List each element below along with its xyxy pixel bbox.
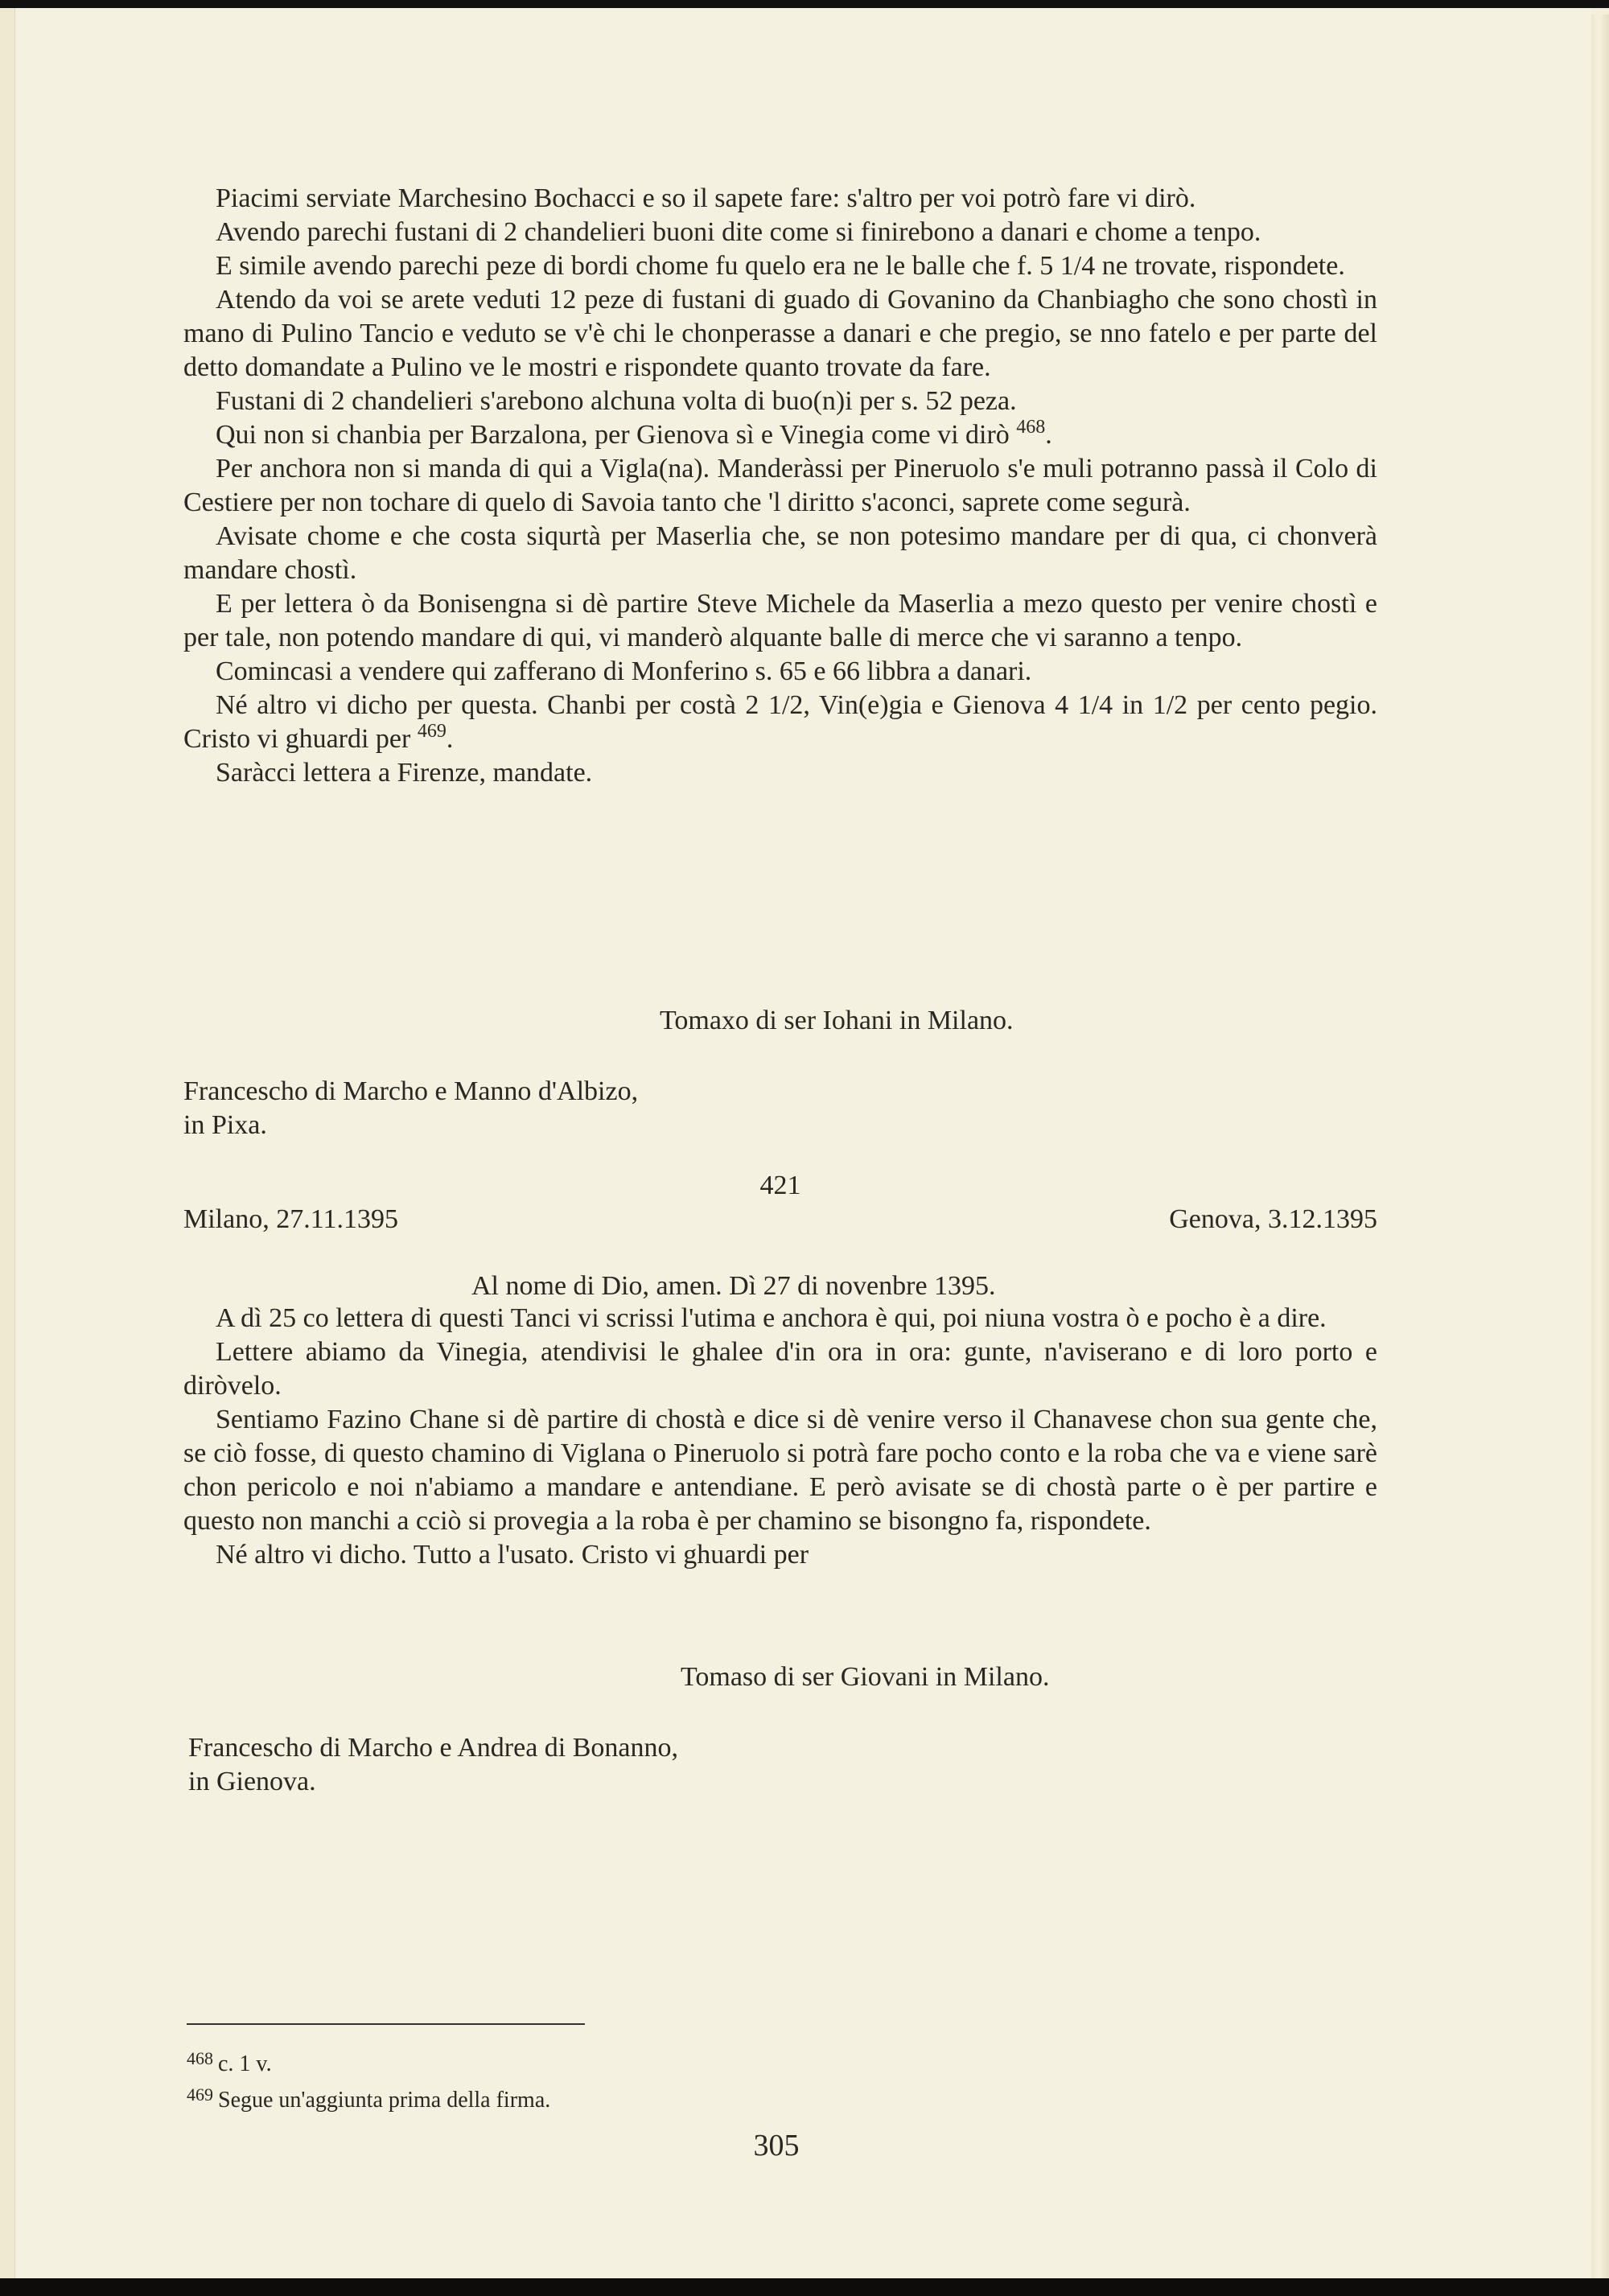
page-left-edge bbox=[0, 8, 15, 2293]
arrival-date: Genova, 3.12.1395 bbox=[1169, 1203, 1377, 1236]
scan-top-edge bbox=[0, 0, 1609, 8]
paragraph: Per anchora non si manda di qui a Vigla(… bbox=[183, 452, 1377, 520]
letter-420-body: Piacimi serviate Marchesino Bochacci e s… bbox=[183, 182, 1377, 790]
letter-dates: Milano, 27.11.1395 Genova, 3.12.1395 bbox=[183, 1203, 1377, 1236]
invocation: Al nome di Dio, amen. Dì 27 di novenbre … bbox=[471, 1269, 996, 1303]
paragraph: E per lettera ò da Bonisengna si dè part… bbox=[183, 587, 1377, 655]
footnote-468: 468c. 1 v. bbox=[187, 2043, 550, 2080]
address-line-2: in Pixa. bbox=[183, 1109, 1377, 1142]
footnotes: 468c. 1 v. 469Segue un'aggiunta prima de… bbox=[187, 2043, 550, 2116]
address-line-1: Francescho di Marcho e Andrea di Bonanno… bbox=[188, 1731, 1382, 1765]
paragraph: Né altro vi dicho. Tutto a l'usato. Cris… bbox=[183, 1538, 1377, 1572]
page-right-edge bbox=[1591, 14, 1609, 2296]
paragraph: Lettere abiamo da Vinegia, atendivisi le… bbox=[183, 1335, 1377, 1403]
paragraph: E simile avendo parechi peze di bordi ch… bbox=[183, 249, 1377, 283]
paragraph: Comincasi a vendere qui zafferano di Mon… bbox=[183, 655, 1377, 689]
paragraph: Atendo da voi se arete veduti 12 peze di… bbox=[183, 283, 1377, 385]
paragraph: Piacimi serviate Marchesino Bochacci e s… bbox=[183, 182, 1377, 216]
scan-bottom-edge bbox=[0, 2278, 1609, 2296]
paragraph: Avisate chome e che costa siqurtà per Ma… bbox=[183, 520, 1377, 587]
page-number: 305 bbox=[0, 2128, 1553, 2163]
paragraph: Sentiamo Fazino Chane si dè partire di c… bbox=[183, 1403, 1377, 1538]
paragraph: Né altro vi dicho per questa. Chanbi per… bbox=[183, 689, 1377, 756]
origin-date: Milano, 27.11.1395 bbox=[183, 1204, 398, 1234]
paragraph: Avendo parechi fustani di 2 chandelieri … bbox=[183, 216, 1377, 249]
letter-421-signature: Tomaso di ser Giovani in Milano. bbox=[681, 1660, 1049, 1694]
paragraph: Saràcci lettera a Firenze, mandate. bbox=[183, 756, 1377, 790]
paragraph: Fustani di 2 chandelieri s'arebono alchu… bbox=[183, 385, 1377, 418]
address-line-1: Francescho di Marcho e Manno d'Albizo, bbox=[183, 1075, 1377, 1109]
letter-421-address: Francescho di Marcho e Andrea di Bonanno… bbox=[188, 1731, 1382, 1799]
footnote-ref-469[interactable]: 469 bbox=[418, 721, 446, 742]
footnote-469: 469Segue un'aggiunta prima della firma. bbox=[187, 2080, 550, 2116]
footnote-ref-468[interactable]: 468 bbox=[1016, 417, 1045, 438]
address-line-2: in Gienova. bbox=[188, 1765, 1382, 1799]
letter-421-body: A dì 25 co lettera di questi Tanci vi sc… bbox=[183, 1302, 1377, 1572]
letter-420-signature: Tomaxo di ser Iohani in Milano. bbox=[660, 1004, 1014, 1038]
footnote-separator bbox=[187, 2023, 585, 2025]
letter-420-address: Francescho di Marcho e Manno d'Albizo, i… bbox=[183, 1075, 1377, 1142]
paragraph: Qui non si chanbia per Barzalona, per Gi… bbox=[183, 418, 1377, 452]
letter-number: 421 bbox=[183, 1169, 1377, 1203]
paragraph: A dì 25 co lettera di questi Tanci vi sc… bbox=[183, 1302, 1377, 1335]
